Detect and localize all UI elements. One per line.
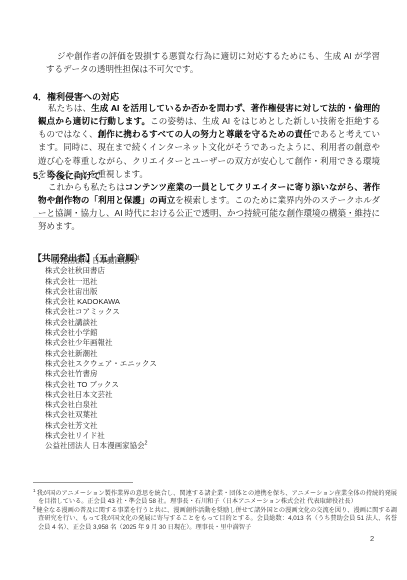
cosigner-name: 株式会社スクウェア・エニックス — [45, 359, 157, 368]
cosigner-item: 株式会社スクウェア・エニックス — [45, 359, 157, 369]
footnote-ref: 1 — [137, 256, 140, 262]
cosigner-item: 株式会社少年画報社 — [45, 338, 157, 348]
footnote-text: 我が国のアニメーション製作業界の意思を統合し、関連する諸企業・団体との連携を保ち… — [37, 490, 397, 505]
footnote-2: 2健全なる漫画の普及に関する事業を行うと共に、漫画創作活動を奨励し併せて諸外国と… — [33, 507, 397, 532]
cosigner-name: 株式会社少年画報社 — [45, 338, 113, 347]
cosigner-item: 株式会社日本文芸社 — [45, 390, 157, 400]
bold-run: 創作に携わるすべての人の努力と尊厳を守るための責任 — [98, 129, 312, 139]
cosigner-name: 株式会社リイド社 — [45, 431, 105, 440]
footnote-separator — [33, 482, 133, 483]
cosigner-name: 株式会社秋田書店 — [45, 266, 105, 275]
footnote-ref: 1 — [33, 488, 36, 493]
cosigner-name: 株式会社 TO ブックス — [45, 380, 119, 389]
cosigners-list: 一般社団法人 日本動画協会1株式会社秋田書店株式会社一迅社株式会社宙出版株式会社… — [45, 256, 157, 452]
footnote-ref: 2 — [33, 505, 36, 510]
cosigner-item: 株式会社一迅社 — [45, 277, 157, 287]
footnote-text: 健全なる漫画の普及に関する事業を行うと共に、漫画創作活動を奨励し併せて諸外国との… — [37, 507, 397, 531]
cosigner-item: 株式会社白泉社 — [45, 400, 157, 410]
footnote-1: 1我が国のアニメーション製作業界の意思を統合し、関連する諸企業・団体との連携を保… — [33, 490, 397, 507]
cosigner-item: 株式会社芳文社 — [45, 421, 157, 431]
document-page: ジや創作者の評価を毀損する悪質な行為に適切に対応するためにも、生成 AI が学習… — [0, 0, 407, 580]
text-run: これからも私たちは — [48, 182, 125, 192]
cosigner-item: 株式会社秋田書店 — [45, 266, 157, 276]
cosigner-item: 株式会社リイド社 — [45, 431, 157, 441]
cosigner-item: 株式会社 KADOKAWA — [45, 297, 157, 307]
cosigner-name: 株式会社新潮社 — [45, 349, 98, 358]
cosigner-name: 株式会社小学館 — [45, 328, 98, 337]
cosigner-item: 一般社団法人 日本動画協会1 — [45, 256, 157, 266]
cosigner-name: 株式会社講談社 — [45, 318, 98, 327]
text-run: 私たちは、 — [48, 103, 91, 113]
cosigner-name: 株式会社白泉社 — [45, 400, 98, 409]
cosigner-name: 株式会社竹書房 — [45, 369, 98, 378]
cosigner-item: 公益社団法人 日本漫画家協会2 — [45, 441, 157, 451]
continued-paragraph: ジや創作者の評価を毀損する悪質な行為に適切に対応するためにも、生成 AI が学習… — [46, 50, 380, 77]
cosigner-item: 株式会社双葉社 — [45, 410, 157, 420]
cosigner-name: 株式会社日本文芸社 — [45, 390, 113, 399]
cosigner-name: 一般社団法人 日本動画協会 — [45, 256, 137, 265]
cosigner-item: 株式会社竹書房 — [45, 369, 157, 379]
cosigner-name: 株式会社宙出版 — [45, 287, 98, 296]
cosigner-item: 株式会社宙出版 — [45, 287, 157, 297]
cosigner-name: 株式会社 KADOKAWA — [45, 297, 120, 306]
cosigner-item: 株式会社 TO ブックス — [45, 380, 157, 390]
cosigner-item: 株式会社新潮社 — [45, 349, 157, 359]
cosigner-item: 株式会社小学館 — [45, 328, 157, 338]
cosigner-name: 株式会社一迅社 — [45, 277, 98, 286]
cosigner-item: 株式会社講談社 — [45, 318, 157, 328]
cosigner-name: 株式会社コアミックス — [45, 307, 120, 316]
cosigner-name: 株式会社双葉社 — [45, 410, 98, 419]
footnotes-block: 1我が国のアニメーション製作業界の意思を統合し、関連する諸企業・団体との連携を保… — [33, 490, 397, 532]
cosigner-name: 株式会社芳文社 — [45, 421, 98, 430]
footnote-ref: 2 — [145, 441, 148, 447]
section-5-paragraph: これからも私たちはコンテンツ産業の一員としてクリエイターに寄り添いながら、著作物… — [38, 181, 380, 234]
page-number: 2 — [370, 534, 374, 543]
cosigner-item: 株式会社コアミックス — [45, 307, 157, 317]
cosigner-name: 公益社団法人 日本漫画家協会 — [45, 441, 145, 450]
section-divider — [33, 217, 374, 218]
